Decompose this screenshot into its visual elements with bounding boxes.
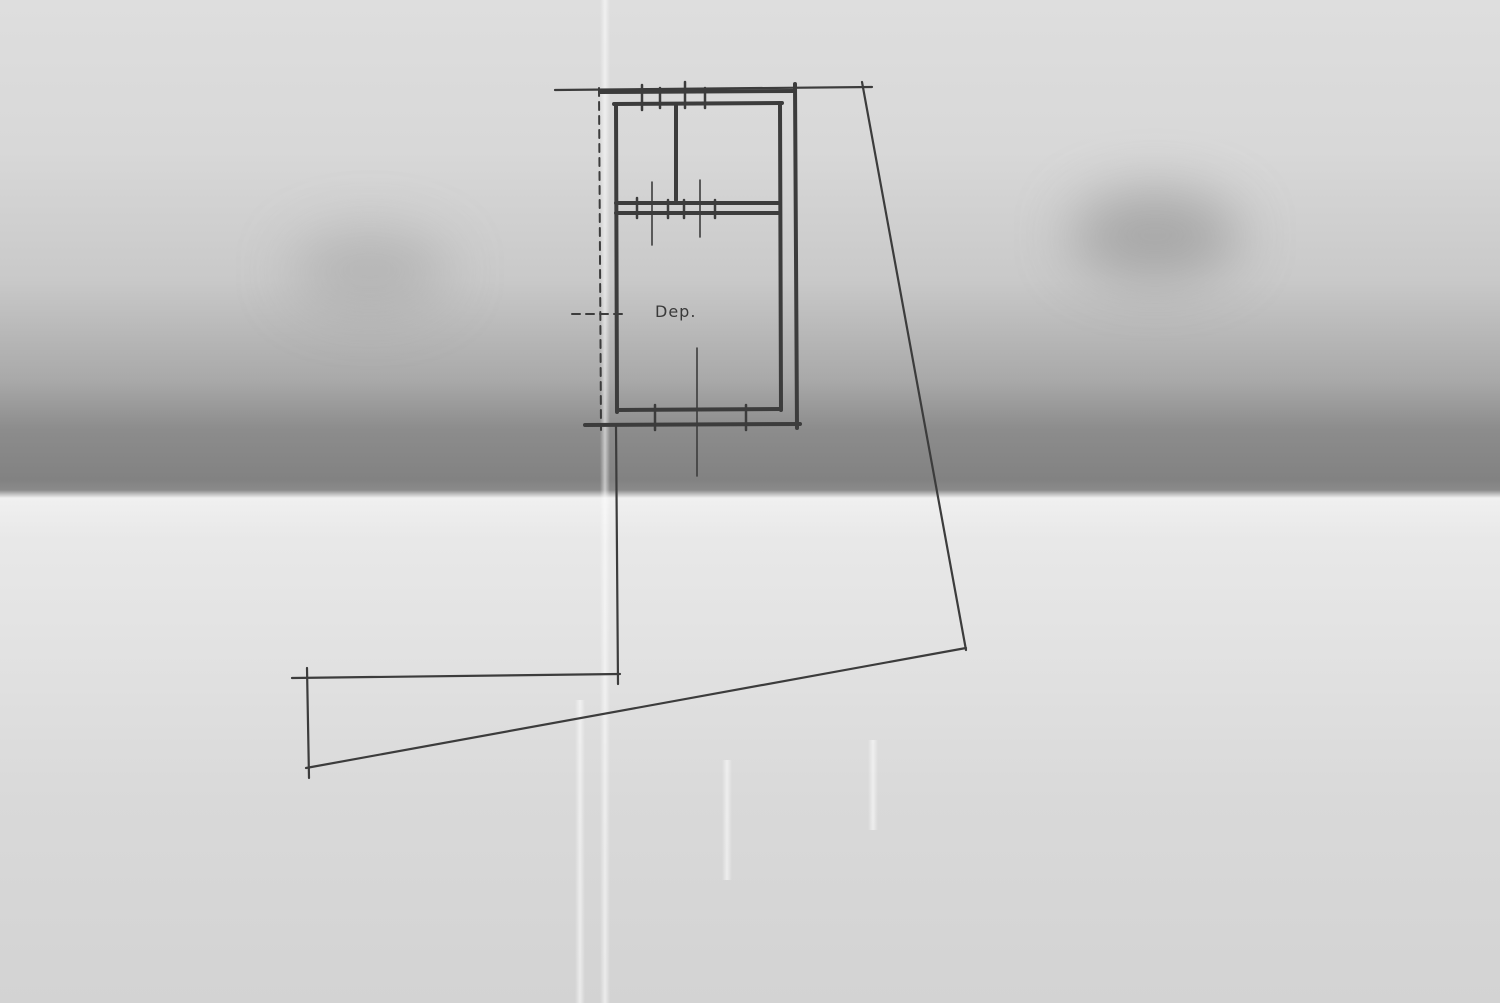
axis-lines: [652, 180, 700, 476]
floor-plan-drawing: Dep.: [0, 0, 1500, 1003]
lot-boundary: [292, 82, 966, 778]
dashed-reference-lines: [572, 88, 628, 430]
scanned-floor-plan-sheet: Dep.: [0, 0, 1500, 1003]
building-walls: [585, 84, 800, 428]
opening-marks: [637, 82, 746, 430]
room-label-dep: Dep.: [655, 302, 696, 321]
